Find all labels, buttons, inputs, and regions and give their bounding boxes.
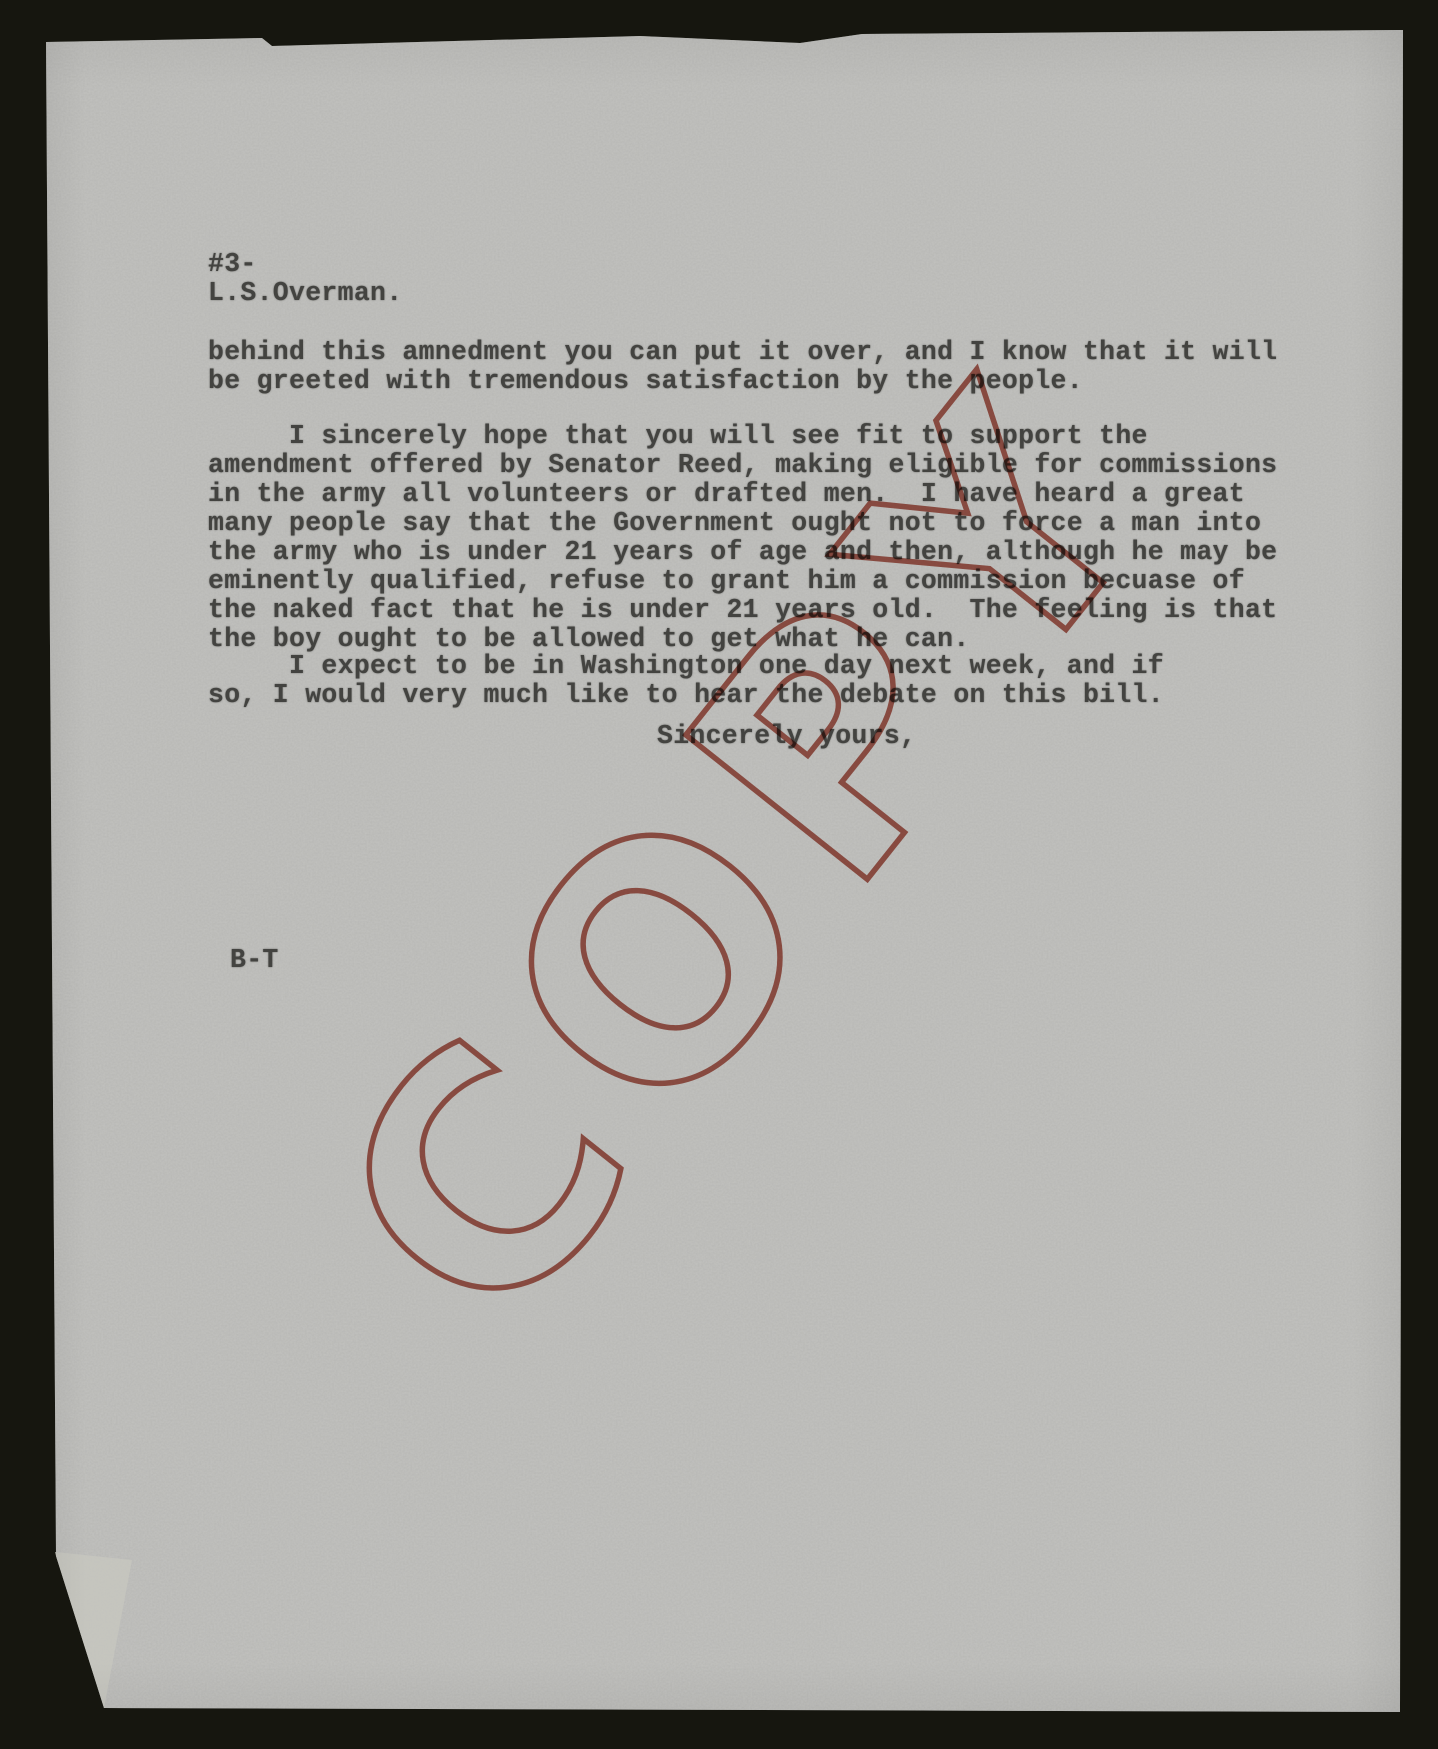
scanned-document: #3-L.S.Overman. behind this amnedment yo…: [0, 0, 1438, 1749]
typist-initials: B-T: [230, 946, 279, 975]
letter-line: L.S.Overman.: [208, 279, 402, 308]
letter-line: I expect to be in Washington one day nex…: [208, 652, 1164, 681]
letter-line: I sincerely hope that you will see fit t…: [208, 422, 1277, 451]
letter-paragraph: I sincerely hope that you will see fit t…: [208, 422, 1277, 654]
letter-line: behind this amnedment you can put it ove…: [208, 338, 1277, 367]
letter-line: be greeted with tremendous satisfaction …: [208, 367, 1277, 396]
letter-line: the boy ought to be allowed to get what …: [208, 625, 1277, 654]
letter-line: eminently qualified, refuse to grant him…: [208, 567, 1277, 596]
letter-line: amendment offered by Senator Reed, makin…: [208, 451, 1277, 480]
letter-paragraph: behind this amnedment you can put it ove…: [208, 338, 1277, 396]
letter-line: in the army all volunteers or drafted me…: [208, 480, 1277, 509]
letter-line: the naked fact that he is under 21 years…: [208, 596, 1277, 625]
letter-line: the army who is under 21 years of age an…: [208, 538, 1277, 567]
letter-paragraph: I expect to be in Washington one day nex…: [208, 652, 1164, 710]
letter-line: many people say that the Government ough…: [208, 509, 1277, 538]
page-header: #3-L.S.Overman.: [208, 250, 402, 308]
letter-line: so, I would very much like to hear the d…: [208, 681, 1164, 710]
letter-line: #3-: [208, 250, 402, 279]
closing-salutation: Sincerely yours,: [657, 722, 916, 751]
